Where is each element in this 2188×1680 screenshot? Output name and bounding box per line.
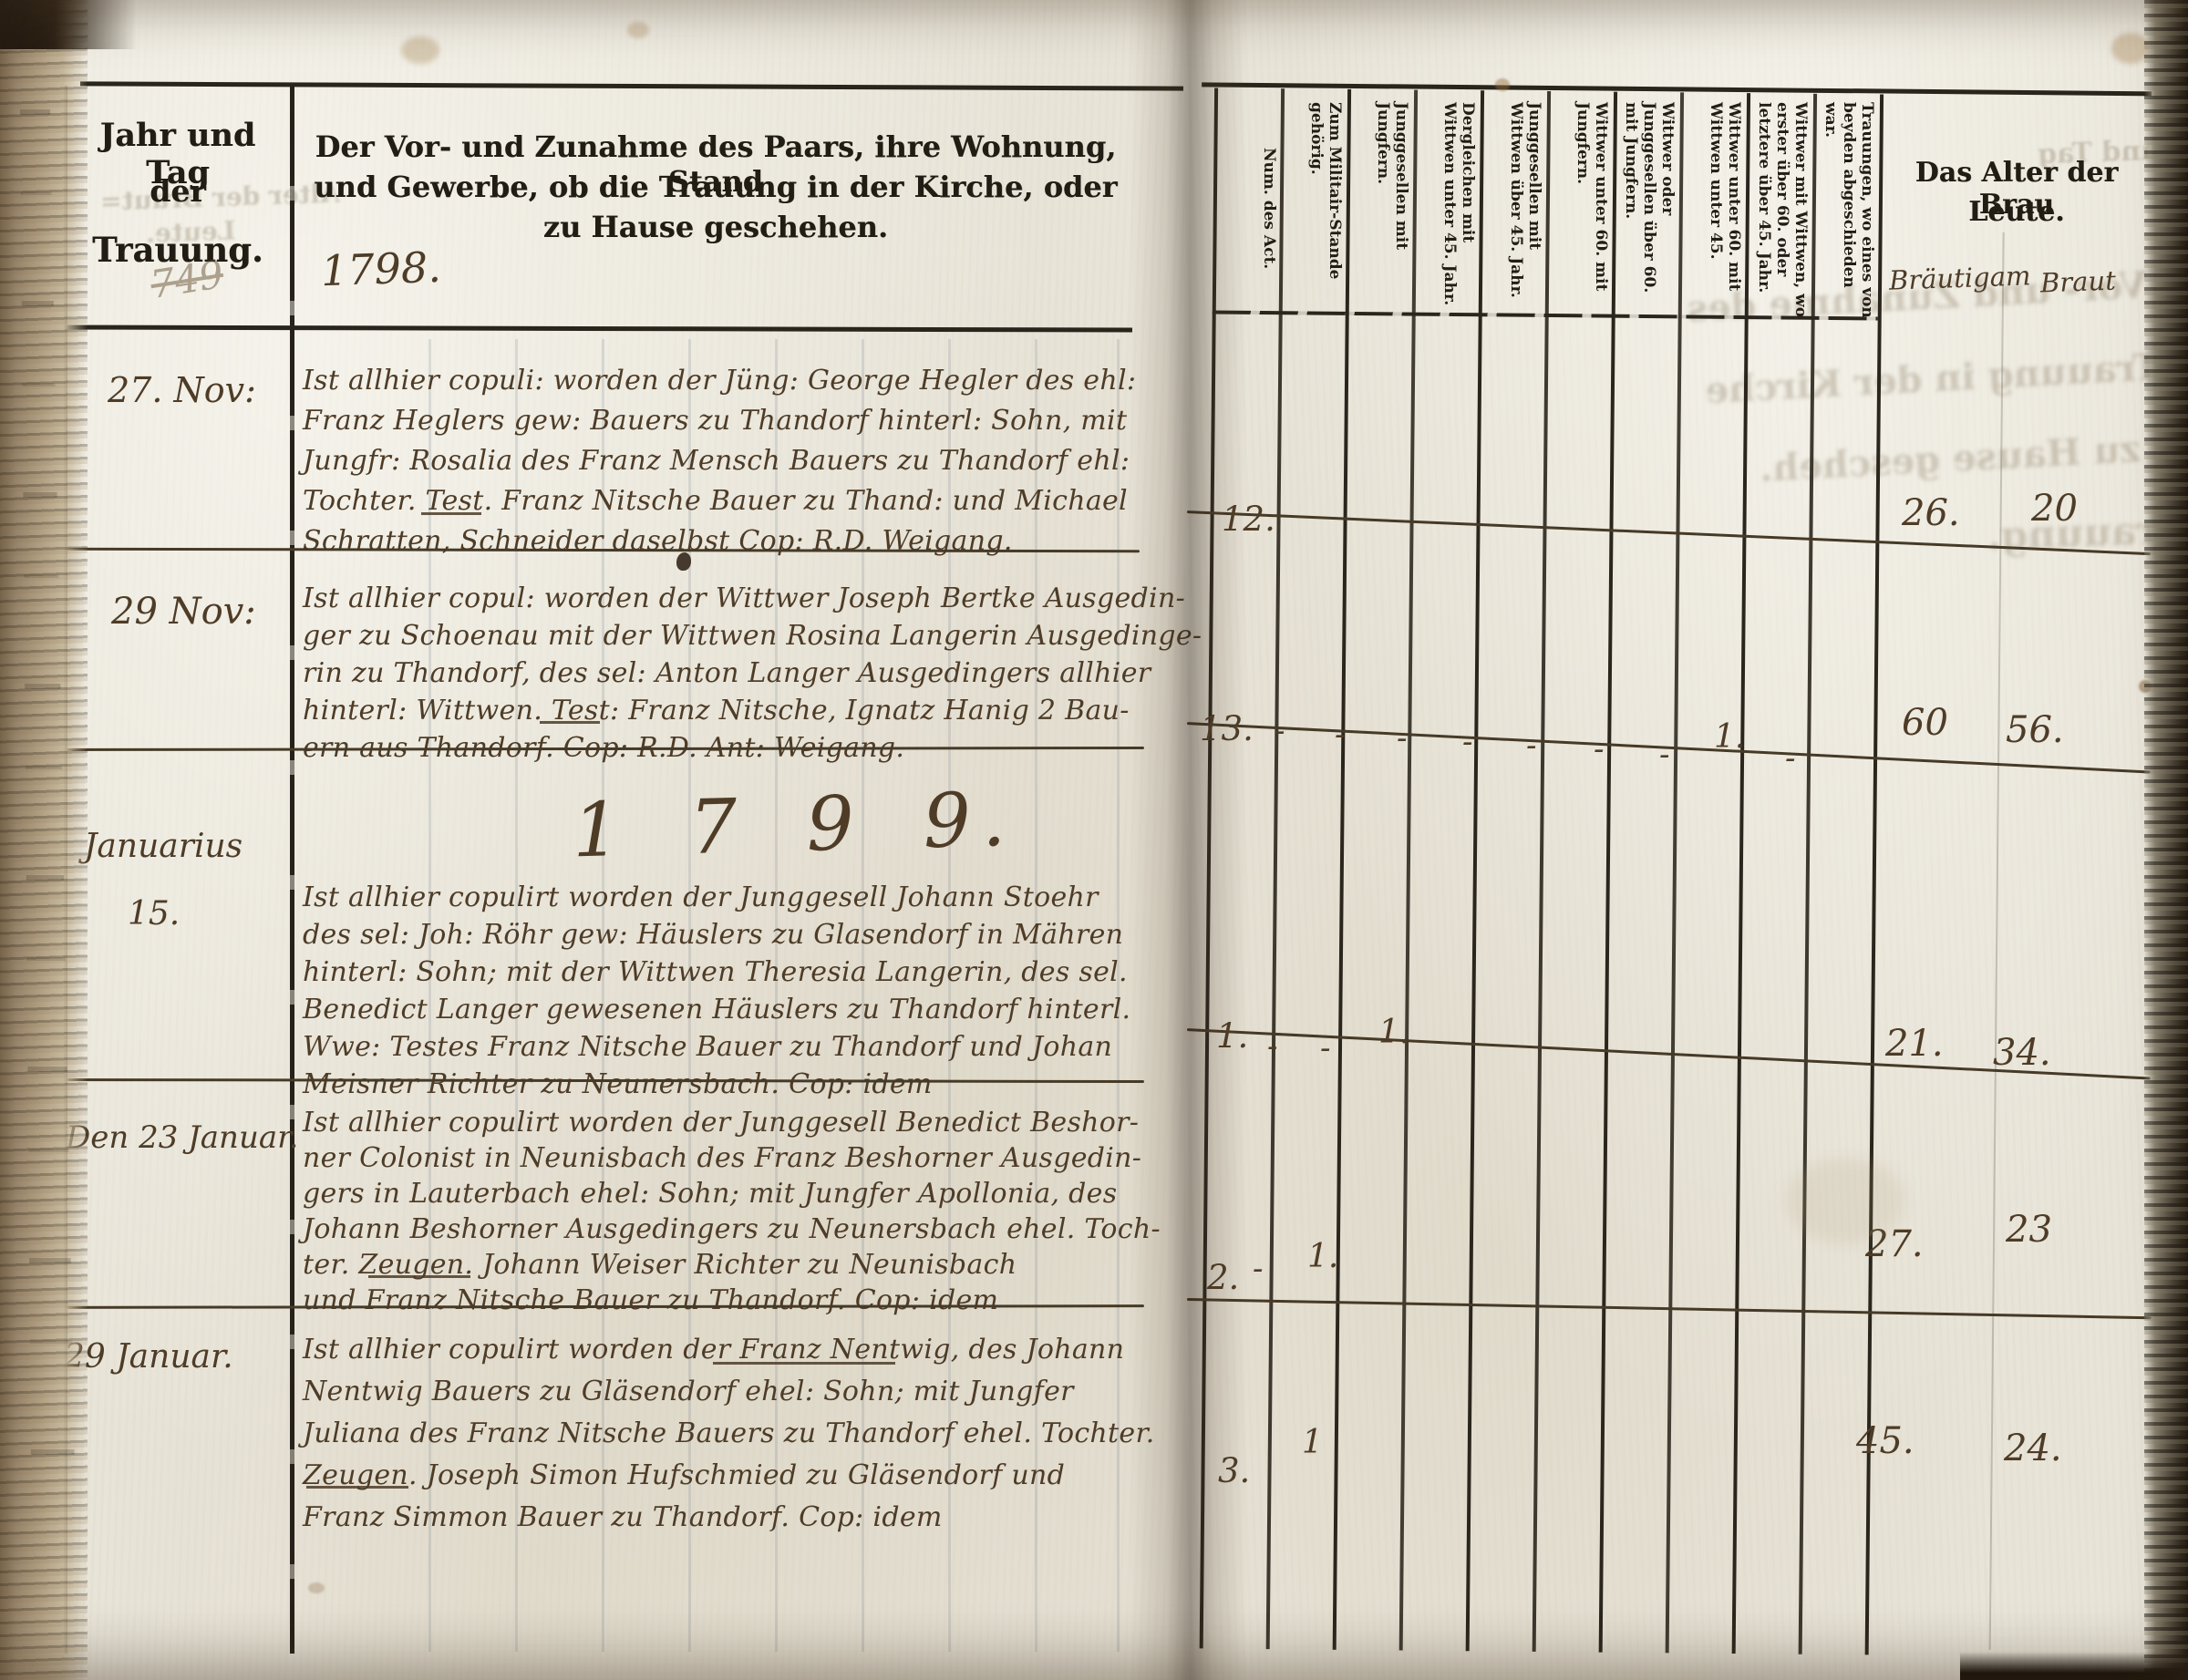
column-line (1466, 90, 1484, 1651)
column-line (1333, 89, 1351, 1650)
tally-mark: 1. (1307, 1238, 1338, 1275)
column-line (1399, 90, 1418, 1651)
tally-dash: - (1275, 713, 1285, 749)
bride-age: 34. (1993, 1032, 2051, 1074)
act-number: 12. (1222, 500, 1275, 539)
column-line (1732, 93, 1750, 1654)
tally-mark: 1 (1302, 1424, 1323, 1461)
tally-dash: - (1785, 740, 1796, 777)
groom-age: 21. (1885, 1023, 1944, 1065)
tally-dash: - (1526, 727, 1537, 764)
age-header-line2: Leute. (1884, 196, 2150, 228)
column-line (1200, 88, 1218, 1648)
tally-dash: - (1267, 1028, 1278, 1065)
tally-dash: - (1335, 716, 1346, 753)
col-header-junggesellen-wittwen-ue45: Junggesellen mit Wittwen über 45. Jahr. (1485, 102, 1543, 319)
groom-age: 60 (1902, 702, 1948, 744)
column-line (1533, 91, 1551, 1652)
tally-dash: - (1320, 1030, 1331, 1067)
book-corner-dark (0, 0, 137, 49)
age-subheader-groom: Bräutigam (1888, 260, 2031, 295)
column-line (1799, 94, 1817, 1654)
bride-age: 20 (2031, 488, 2078, 530)
col-header-wittwer-wittwen-ue60-ue45: Wittwer mit Wittwen, wo erster über 60. … (1751, 102, 1810, 319)
col-header-junggesellen-jungfern: Junggesellen mit Jungfern. (1352, 102, 1410, 319)
col-header-dergleichen-wittwen-u45: Dergleichen mit Wittwen unter 45. Jahr. (1419, 102, 1477, 319)
act-number: 1. (1216, 1016, 1248, 1056)
age-subheader-bride: Braut (2039, 265, 2116, 299)
col-header-num-des-act: Num. des Act. (1220, 148, 1278, 312)
col-header-wittwer-u60-wittwen-u45: Wittwer unter 60. mit Wittwen unter 45. (1685, 102, 1743, 319)
register-book-scan: Alter der Braut= Leute. Jahr und Tag der… (0, 0, 2188, 1680)
tally-mark: 1. (1378, 1014, 1409, 1051)
groom-age: 26. (1902, 492, 1960, 534)
age-subcolumn-divider (1989, 232, 2005, 1650)
foxing-spot (308, 1582, 325, 1593)
tally-dash: - (1462, 724, 1473, 760)
groom-age: 45. (1856, 1420, 1914, 1462)
tally-dash: - (1659, 737, 1670, 773)
col-header-wittwer-u60-jungfern: Wittwer unter 60. mit Jungfern. (1552, 102, 1610, 319)
col-header-trauungen-abgeschieden: Trauungen, wo eines von beyden abgeschie… (1818, 102, 1876, 319)
act-number: 3. (1218, 1451, 1250, 1490)
paper-stain (1787, 1158, 1905, 1244)
book-fore-edge (2144, 0, 2188, 1680)
tally-dash: - (1253, 1251, 1264, 1287)
tally-dash: - (1397, 720, 1408, 757)
col-header-militair: Zum Militair-Stande gehörig. (1285, 102, 1344, 319)
col-header-wittwer-ue60-jungfern: Wittwer oder Junggesellen über 60. mit J… (1618, 102, 1677, 319)
foxing-spot (401, 36, 439, 64)
column-line (1266, 88, 1285, 1649)
tally-mark: 1. (1714, 718, 1745, 756)
tally-dash: - (1594, 731, 1605, 768)
foxing-spot (627, 22, 649, 38)
act-number: 2. (1207, 1258, 1239, 1297)
bride-age: 23 (2006, 1209, 2052, 1251)
column-line (1599, 92, 1617, 1653)
act-number: 13. (1200, 709, 1254, 748)
table-top-rule (1202, 82, 2152, 96)
bride-age: 24. (2004, 1427, 2062, 1469)
foxing-spot (1495, 78, 1510, 91)
bride-age: 56. (2006, 709, 2064, 751)
book-corner-bottom-right (1960, 1652, 2188, 1680)
column-line (1666, 92, 1684, 1653)
ink-blot (676, 552, 691, 571)
